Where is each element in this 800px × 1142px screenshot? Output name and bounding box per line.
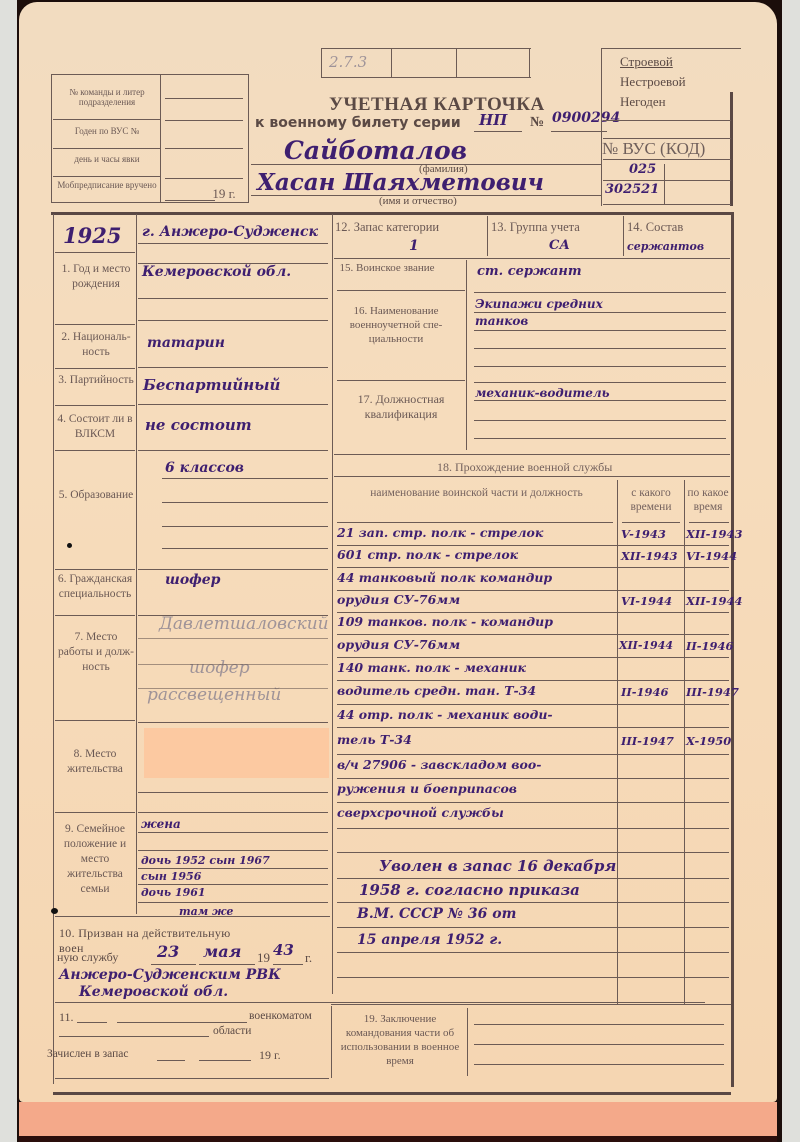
service-row-1-unit: 21 зап. стр. полк - стрелок [337,525,543,541]
service-row-1-from: V-1943 [621,526,666,542]
service-row-10-from: III-1947 [621,733,674,749]
drafted-year: 43 [273,942,294,958]
discharge-line3: В.М. СССР № 36 от [357,906,516,922]
ticket-series: НП [479,112,507,128]
name-patronymic-value: Хасан Шаяхметович [257,170,544,196]
komsomol-value: не состоит [145,417,252,433]
specialty-line2: танков [475,313,528,329]
card-bottom-edge [19,1136,777,1142]
drafted-year-prefix: 19 [257,950,270,966]
label-party: 3. Партий­ность [57,373,135,388]
label-composition: 14. Состав [627,220,727,235]
label-field-11: 11. [59,1010,74,1025]
header-to: по какое время [686,486,730,514]
drafted-by-line2: Кемеровской обл. [79,984,228,1000]
label-team-number: № команды и литер подразделения [55,87,159,107]
service-row-8-to: III-1947 [686,684,739,700]
service-row-8-from: II-1946 [621,684,669,700]
fitness-option-noncombat: Нестроевой [620,74,686,90]
name-caption: (имя и отчество) [379,195,457,207]
label-workplace: 7. Место работы и долж­ность [57,630,135,675]
header-from: с какого времени [619,486,683,514]
service-row-4-from: VI-1944 [621,593,672,609]
service-row-12-unit: ружения и боеприпасов [337,781,517,797]
ink-dot [67,543,72,548]
discharge-line1: Уволен в запас 16 декабря [379,858,616,874]
family-line4: дочь 1961 [141,885,206,901]
service-row-4-unit: орудия СУ-76мм [337,592,460,608]
label-oblast: области [213,1025,251,1037]
service-row-8-unit: водитель средн. тан. Т-34 [337,683,536,699]
service-row-7-unit: 140 танк. полк - механик [337,660,526,676]
service-row-11-unit: в/ч 27906 - завскладом воо- [337,757,541,773]
nationality-value: татарин [147,335,225,351]
drafted-by-line1: Анжеро-Судженским РВК [59,967,281,983]
drafted-month: мая [203,944,241,960]
header-unit: наименование воинской части и должность [349,486,604,500]
family-line1: жена [141,816,181,832]
service-row-10-to: X-1950 [686,733,731,749]
service-row-5-unit: 109 танков. полк - командир [337,614,553,630]
service-row-2-to: VI-1944 [686,548,737,564]
service-row-1-to: XII-1943 [686,526,742,542]
fitness-option-combat: Строевой [620,54,673,70]
fitness-option-unfit: Негоден [620,94,666,110]
ink-dot [51,908,58,914]
birth-place-line1: г. Анжеро-Судженск [142,224,318,240]
label-voenkomat: военкоматом [249,1010,312,1022]
workplace-line3: рассвещенный [147,687,281,703]
vus-code-value-1: 025 [629,162,656,178]
label-command-conclusion: 19. Заключение командования час­ти об ис… [335,1012,465,1068]
birth-year: 1925 [63,224,121,248]
family-line3: сын 1956 [141,869,201,885]
label-civil-specialty: 6. Граждан­ская специ­альность [55,572,135,602]
composition-value: сержантов [627,239,704,255]
top-stamp: 2.7.3 [329,54,367,70]
card-bottom-strip [19,1102,777,1136]
label-report-time: день и часы явки [55,154,159,164]
family-line5: там же [179,904,233,920]
rank-value: ст. сержант [477,264,582,280]
label-specialty: 16. Наимено­вание военно­учетной спе­циа… [335,304,457,346]
service-row-13-unit: сверхсрочной службы [337,805,504,821]
workplace-line2: шофер [189,660,250,676]
service-row-6-from: XII-1944 [619,638,673,654]
label-birth: 1. Год и место рождения [57,262,135,292]
birth-place-line2: Кемеровской обл. [142,264,291,280]
registration-group-value: СА [549,238,570,254]
drafted-year-end: г. [305,950,312,966]
service-row-10-unit: тель Т-34 [337,732,412,748]
specialty-line1: Экипажи средних [475,296,603,312]
service-row-6-to: II-1946 [686,638,734,654]
civil-specialty-value: шофер [165,572,220,588]
label-reserve-category: 12. Запас категории [335,220,487,235]
number-label: № [530,115,544,131]
service-table-title: 18. Прохождение военной службы [437,460,612,475]
surname-value: Сайботалов [284,137,467,165]
education-value: 6 классов [165,460,244,476]
discharge-line4: 15 апреля 1952 г. [357,932,502,948]
label-fit-vus: Годен по ВУС № [55,126,159,136]
label-residence: 8. Место жительства [55,747,135,777]
label-komsomol: 4. Состоит ли в ВЛКСМ [55,412,135,442]
vus-code-value-2: 302521 [605,182,659,198]
mob-order-year: 19 г. [199,186,249,201]
label-drafted-2: ную службу [57,950,118,965]
reserve-year-label: 19 г. [259,1048,281,1063]
label-registration-group: 13. Группа учета [491,220,621,235]
registration-card: 2.7.3 № команды и литер подразделения Го… [19,2,777,1102]
service-row-2-unit: 601 стр. полк - стрелок [337,547,518,563]
service-row-9-unit: 44 отр. полк - механик води- [337,707,553,723]
party-value: Беспартийный [143,377,280,393]
label-rank: 15. Воинское звание [337,262,437,275]
label-qualification: 17. Должно­стная квали­фикация [341,392,461,422]
service-row-6-unit: орудия СУ-76мм [337,637,460,653]
label-reserve-enrolled: Зачислен в запас [47,1048,128,1060]
reserve-category-value: 1 [409,238,419,254]
qualification-value: механик-водитель [475,385,610,401]
label-family: 9. Семей­ное поло­жение и место жительст… [55,822,135,897]
drafted-day: 23 [157,944,179,960]
workplace-line1: Давлетшаловский [159,616,329,632]
card-subtitle: к военному билету серии [255,115,461,131]
label-nationality: 2. Националь­ность [57,330,135,360]
label-education: 5. Обра­зование [57,488,135,503]
label-mob-order: Мобпредписание вручено [55,180,159,190]
discharge-line2: 1958 г. согласно приказа [359,882,580,898]
service-row-3-unit: 44 танковый полк командир [337,570,552,586]
residence-redaction [144,728,329,778]
card-title: УЧЕТНАЯ КАРТОЧКА [329,94,545,116]
family-line2: дочь 1952 сын 1967 [141,853,270,869]
service-row-2-from: XII-1943 [621,548,677,564]
vus-code-label: № ВУС (КОД) [602,139,705,159]
ticket-number: 0900294 [552,110,620,126]
service-row-4-to: XII-1944 [686,593,742,609]
